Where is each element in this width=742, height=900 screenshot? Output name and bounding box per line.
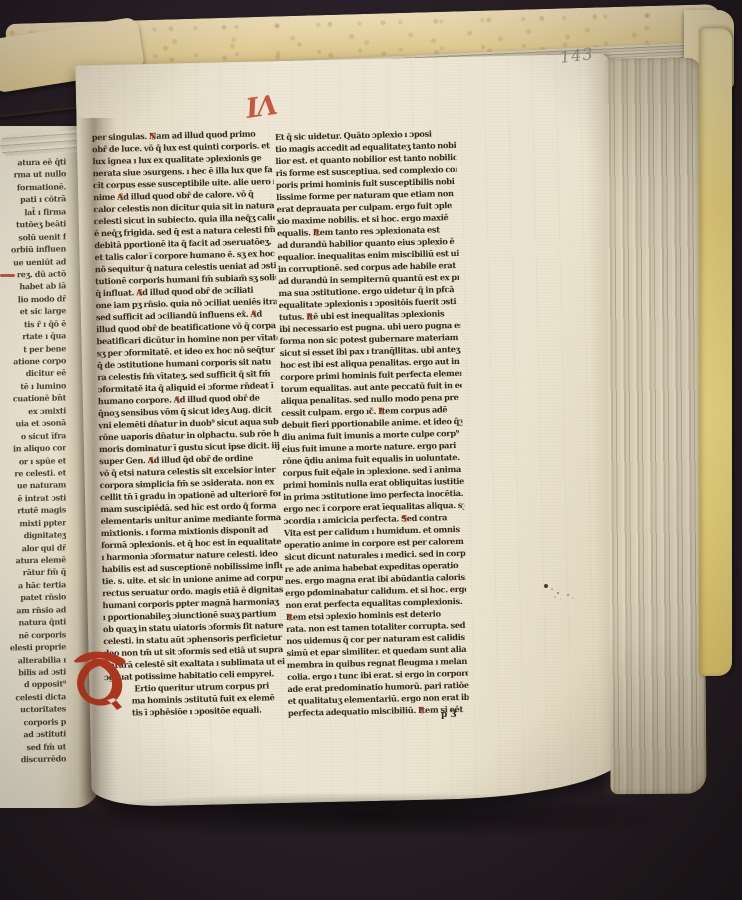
facing-page-text-fragments: atura eē q̄tirma ut nulloformationē.pati…	[2, 155, 66, 766]
book-cast-shadow	[50, 792, 690, 840]
pilcrow-mark: ¶	[418, 704, 425, 716]
pilcrow-mark: ¶	[173, 393, 180, 405]
pilcrow-mark: ¶	[136, 286, 143, 298]
pilcrow-mark: ¶	[147, 454, 154, 466]
vellum-cover-fore-edge	[699, 28, 732, 676]
pilcrow-mark: ¶	[306, 310, 313, 322]
text-column-left: per singulas. ¶Nam ad illud quod primoob…	[92, 127, 286, 719]
quire-signature: p 3	[441, 710, 457, 720]
ink-speckle-stain	[544, 584, 548, 588]
pilcrow-mark: ¶	[401, 512, 408, 524]
pilcrow-mark: ¶	[250, 308, 257, 320]
recto-page: per singulas. ¶Nam ad illud quod primoob…	[75, 54, 626, 808]
pilcrow-mark: ¶	[149, 130, 156, 142]
text-block-fore-edge	[605, 58, 706, 795]
folio-number-pencil: 143	[559, 44, 595, 67]
quire-mark-red-ink: IΛ	[244, 90, 278, 125]
pilcrow-mark: ¶	[313, 226, 320, 238]
pilcrow-mark: ¶	[286, 611, 293, 623]
rubricated-initial-T: T	[70, 646, 128, 710]
text-line: discurrēdo	[2, 752, 66, 766]
text-column-right: Et q̄ sic uidetur. Quāto ɔplexio ı ɔposi…	[275, 127, 469, 719]
pilcrow-mark: ¶	[117, 191, 124, 203]
pilcrow-mark: ¶	[378, 405, 385, 417]
red-ink-stroke-left-margin	[0, 274, 15, 277]
book-photograph: atura eē q̄tirma ut nulloformationē.pati…	[0, 0, 742, 900]
